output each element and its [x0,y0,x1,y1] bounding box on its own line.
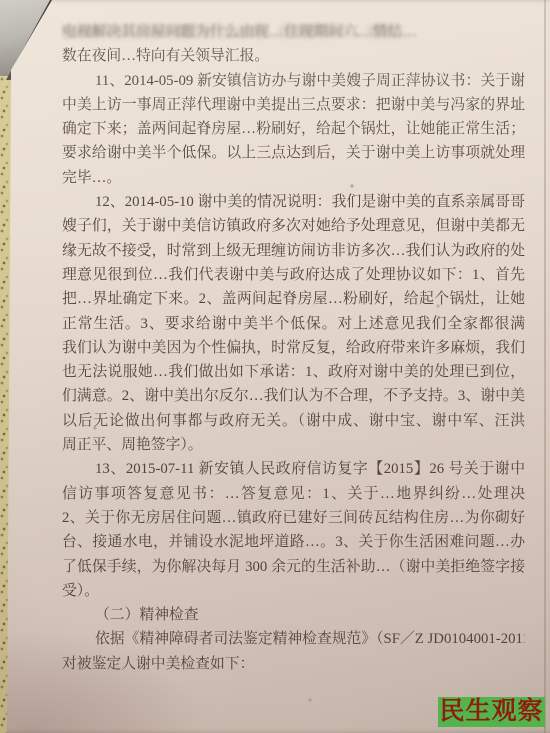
document-line: 理意见很到位…我们代表谢中美与政府达成了处理协议如下：1、首先 [62,263,525,287]
paper-sheet: 电视解决其房屋问题为什么由现…住现期间六…情结…数在夜间…特向有关领导汇报。11… [0,0,550,733]
document-line: 台、接通水电，并铺设水泥地坪道路…。3、关于你生活困难问题…办理 [62,530,525,554]
document-line: 12、2014-05-10 谢中美的情况说明：我们是谢中美的直系亲属哥哥 [62,190,525,214]
document-lines: 电视解决其房屋问题为什么由现…住现期间六…情结…数在夜间…特向有关领导汇报。11… [62,20,525,676]
paper-right-edge [544,0,546,733]
document-line: 周正平、周艳签字）。 [62,433,525,457]
document-line: 正常生活。3、要求给谢中美半个低保。对上述意见我们全家都很满意， [62,312,525,336]
document-line: （二）精神检查 [62,603,525,627]
document-line: 信访事项答复意见书：…答复意见：1、关于…地界纠纷…处理决定…。 [62,482,525,506]
document-line: 以后无论做出何事都与政府无关。（谢中成、谢中宝、谢中军、汪洪桃、 [62,409,525,433]
document-line: 缘无故不接受，时常到上级无理缠访闹访非访多次…我们认为政府的处 [62,239,525,263]
document-line: 完毕…。 [62,166,525,190]
document-line: 要求给谢中美半个低保。以上三点达到后，关于谢中美上访事项就处理 [62,141,525,165]
document-line: 中美上访一事周正萍代理谢中美提出三点要求：把谢中美与冯家的界址 [62,93,525,117]
document-line: 嫂子们，关于谢中美信访镇政府多次对她给予处理意见，但谢中美都无 [62,214,525,238]
document-line: 受）。 [62,579,525,603]
document-line: 电视解决其房屋问题为什么由现…住现期间六…情结… [62,20,525,44]
document-line: 们满意。2、谢中美出尔反尔…我们认为不合理，不予支持。3、谢中美 [62,384,525,408]
watermark-badge: 民生观察 [438,697,545,727]
document-photo: 电视解决其房屋问题为什么由现…住现期间六…情结…数在夜间…特向有关领导汇报。11… [0,0,550,733]
document-line: 13、2015-07-11 新安镇人民政府信访复字【2015】26 号关于谢中美 [62,457,525,481]
document-line: 数在夜间…特向有关领导汇报。 [62,44,525,68]
document-line: 也无法说服她…我们做出如下承诺：1、政府对谢中美的处理已到位，我 [62,360,525,384]
document-line: 11、2014-05-09 新安镇信访办与谢中美嫂子周正萍协议书：关于谢 [62,69,525,93]
document-line: 2、关于你无房居住问题…镇政府已建好三间砖瓦结构住房…为你砌好灶 [62,506,525,530]
document-line: 依据《精神障碍者司法鉴定精神检查规范》（SF／Z JD0104001-2011） [62,627,525,651]
document-line: 了低保手续，为你解决每月 300 余元的生活补助…（谢中美拒绝签字接 [62,555,525,579]
document-line: 对被鉴定人谢中美检查如下： [62,652,525,676]
document-line: 把…界址确定下来。2、盖两间起脊房屋…粉刷好，给起个锅灶，让她能 [62,287,525,311]
document-line: 我们认为谢中美因为个性偏执，时常反复，给政府带来许多麻烦，我们 [62,336,525,360]
document-line: 确定下来；盖两间起脊房屋…粉刷好，给起个锅灶，让她能正常生活； [62,117,525,141]
